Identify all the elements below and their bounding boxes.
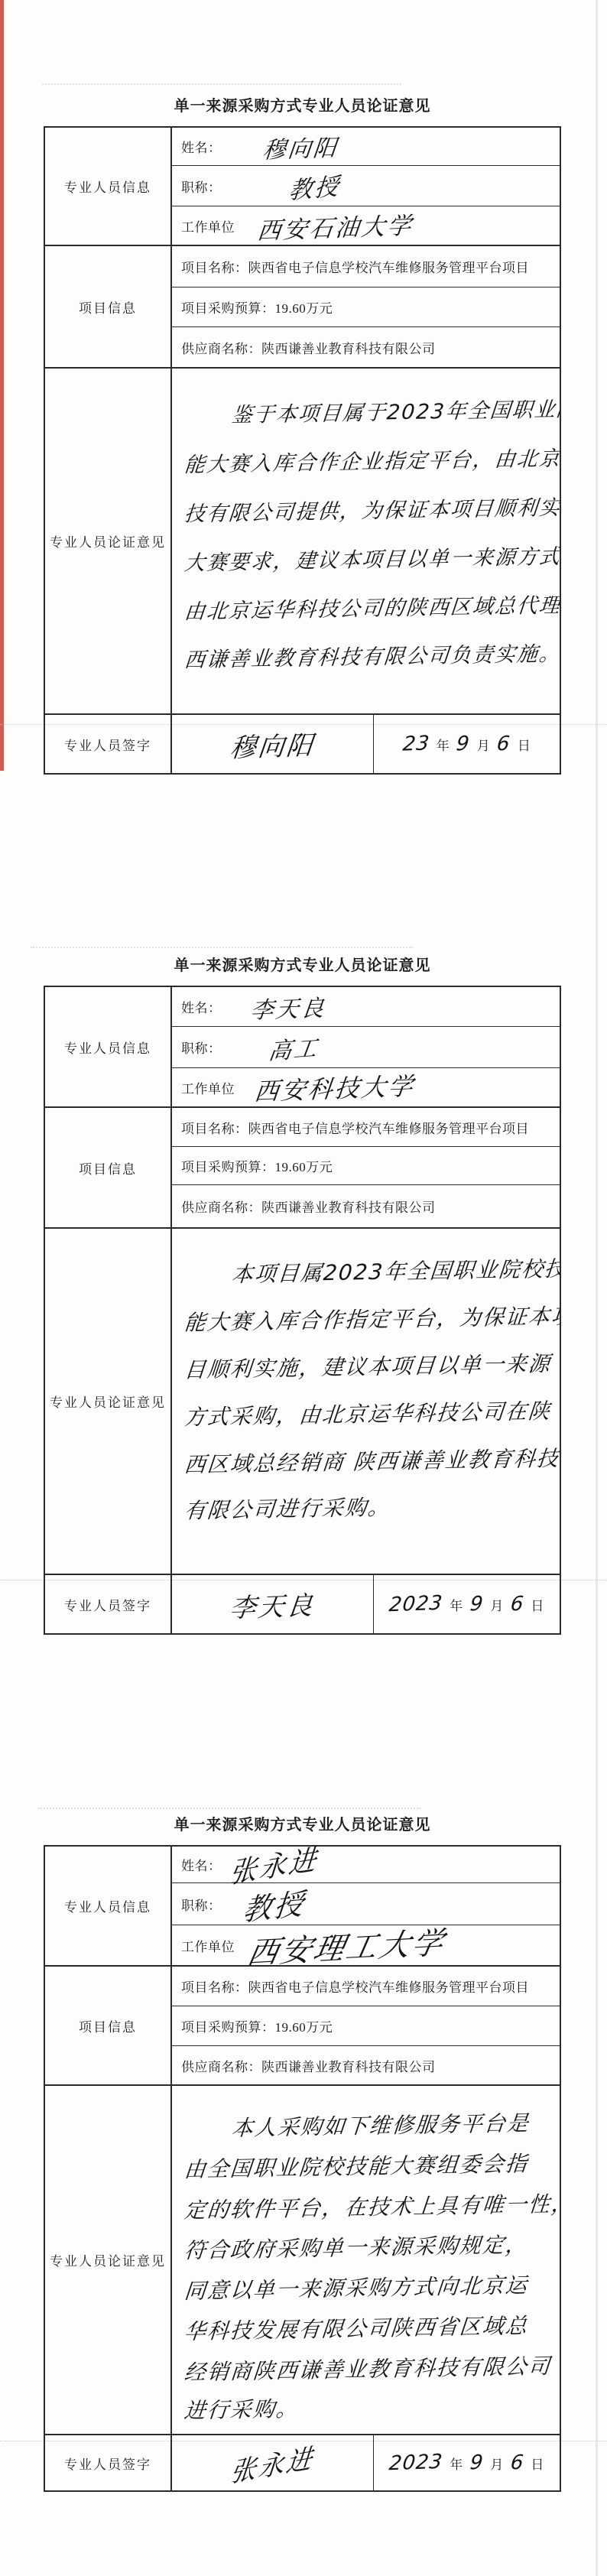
argumentation-form-2: 单一来源采购方式专业人员论证意见 专业人员信息 姓名： 李天良 职称： 高工 工… bbox=[44, 950, 561, 1635]
form-title: 单一来源采购方式专业人员论证意见 bbox=[44, 950, 561, 986]
budget-row: 项目采购预算： 19.60万元 bbox=[172, 287, 560, 327]
opinion-line: 定的软件平台，在技术上具有唯一性， bbox=[183, 2184, 560, 2231]
jobtitle-row: 职称： 高工 bbox=[172, 1027, 560, 1068]
supplier-label: 供应商名称： bbox=[181, 2056, 261, 2075]
unit-label: 工作单位 bbox=[181, 1078, 235, 1097]
scan-artifact-speckle bbox=[31, 947, 413, 948]
opinion-line: 方式采购，由北京运华科技公司在陕 bbox=[182, 1388, 553, 1441]
date-day-unit: 日 bbox=[531, 1595, 544, 1614]
signature-handwriting: 穆向阳 bbox=[228, 723, 316, 764]
jobtitle-label: 职称： bbox=[181, 177, 222, 196]
form-title: 单一来源采购方式专业人员论证意见 bbox=[44, 91, 561, 126]
opinion-line: 目顺利实施，建议本项目以单一来源 bbox=[182, 1340, 553, 1394]
date-year-unit: 年 bbox=[450, 2454, 463, 2473]
date-month-handwriting: 9 bbox=[469, 1593, 485, 1616]
date-month-unit: 月 bbox=[490, 1595, 504, 1614]
unit-label: 工作单位 bbox=[181, 216, 235, 236]
unit-handwriting: 西安石油大学 bbox=[256, 206, 416, 245]
budget-value: 19.60万元 bbox=[275, 1156, 333, 1175]
jobtitle-handwriting: 教授 bbox=[287, 166, 342, 205]
date-day-handwriting: 6 bbox=[509, 1593, 525, 1616]
name-handwriting: 李天良 bbox=[248, 989, 328, 1025]
form-table: 专业人员信息 姓名： 李天良 职称： 高工 工作单位 西安科技大学 项目信息 项… bbox=[44, 986, 561, 1635]
budget-row: 项目采购预算： 19.60万元 bbox=[172, 2006, 560, 2046]
signature-section-label: 专业人员签字 bbox=[45, 1575, 172, 1633]
unit-row: 工作单位 西安理工大学 bbox=[172, 1925, 560, 1967]
opinion-line: 西谦善业教育科技有限公司负责实施。 bbox=[182, 630, 560, 686]
opinion-line: 本人采购如下维修服务平台是 bbox=[183, 2103, 532, 2149]
opinion-line: 同意以单一来源采购方式向北京运 bbox=[183, 2265, 531, 2311]
opinion-line: 鉴于本项目属于2023年全国职业院校技 bbox=[182, 385, 560, 441]
opinion-section-label: 专业人员论证意见 bbox=[45, 2086, 172, 2435]
scan-artifact-edge-shadow bbox=[596, 0, 598, 2576]
project-name-value: 陕西省电子信息学校汽车维修服务管理平台项目 bbox=[248, 257, 530, 276]
date-day-handwriting: 6 bbox=[509, 2451, 525, 2475]
date-month-unit: 月 bbox=[477, 735, 491, 754]
opinion-section-label: 专业人员论证意见 bbox=[45, 369, 172, 715]
supplier-row: 供应商名称： 陕西谦善业教育科技有限公司 bbox=[172, 327, 560, 369]
date-cell: 2023 年 9 月 6 日 bbox=[374, 2435, 560, 2490]
signature-cell: 张永进 bbox=[172, 2435, 374, 2490]
budget-label: 项目采购预算： bbox=[181, 1156, 275, 1175]
supplier-value: 陕西谦善业教育科技有限公司 bbox=[261, 1197, 436, 1216]
date-day-unit: 日 bbox=[531, 2454, 544, 2473]
unit-row: 工作单位 西安科技大学 bbox=[172, 1068, 560, 1108]
supplier-row: 供应商名称： 陕西谦善业教育科技有限公司 bbox=[172, 1185, 560, 1229]
signature-cell: 穆向阳 bbox=[172, 715, 374, 773]
date-year-handwriting: 23 bbox=[401, 732, 430, 755]
personnel-section-label: 专业人员信息 bbox=[45, 128, 172, 246]
budget-row: 项目采购预算： 19.60万元 bbox=[172, 1147, 560, 1185]
signature-row: 张永进 2023 年 9 月 6 日 bbox=[172, 2435, 560, 2490]
signature-cell: 李天良 bbox=[172, 1575, 374, 1633]
project-name-label: 项目名称： bbox=[181, 1977, 248, 1996]
signature-row: 穆向阳 23 年 9 月 6 日 bbox=[172, 715, 560, 773]
personnel-section-label: 专业人员信息 bbox=[45, 987, 172, 1108]
scan-artifact-red-edge bbox=[0, 0, 4, 771]
opinion-line: 符合政府采购单一来源采购规定， bbox=[183, 2224, 531, 2271]
opinion-line: 本项目属2023年全国职业院校技 bbox=[182, 1246, 560, 1300]
opinion-section-label: 专业人员论证意见 bbox=[45, 1229, 172, 1575]
name-label: 姓名： bbox=[181, 997, 222, 1016]
opinion-line: 经销商陕西谦善业教育科技有限公司 bbox=[183, 2346, 553, 2392]
date-month-unit: 月 bbox=[490, 2454, 504, 2473]
opinion-line: 大赛要求，建议本项目以单一来源方式采购，并 bbox=[182, 531, 560, 589]
unit-handwriting: 西安科技大学 bbox=[253, 1067, 417, 1108]
date-year-unit: 年 bbox=[450, 1595, 463, 1614]
project-section-label: 项目信息 bbox=[45, 1967, 172, 2086]
date-year-unit: 年 bbox=[437, 735, 450, 754]
jobtitle-label: 职称： bbox=[181, 1038, 222, 1057]
opinion-line: 技有限公司提供，为保证本项目顺利实施和全国 bbox=[182, 482, 560, 540]
opinion-line: 华科技发展有限公司陕西省区域总 bbox=[183, 2305, 531, 2352]
jobtitle-handwriting: 高工 bbox=[266, 1028, 321, 1066]
jobtitle-row: 职称： 教授 bbox=[172, 166, 560, 206]
name-row: 姓名： 张永进 bbox=[172, 1847, 560, 1883]
argumentation-form-1: 单一来源采购方式专业人员论证意见 专业人员信息 姓名： 穆向阳 职称： 教授 工… bbox=[44, 91, 561, 775]
scan-artifact-speckle bbox=[42, 83, 401, 85]
signature-handwriting: 李天良 bbox=[228, 1584, 316, 1624]
date-year-handwriting: 2023 bbox=[388, 2451, 444, 2476]
date-day-unit: 日 bbox=[518, 735, 531, 754]
budget-value: 19.60万元 bbox=[275, 297, 333, 317]
project-name-row: 项目名称： 陕西省电子信息学校汽车维修服务管理平台项目 bbox=[172, 1108, 560, 1147]
form-table: 专业人员信息 姓名： 穆向阳 职称： 教授 工作单位 西安石油大学 项目信息 项… bbox=[44, 126, 561, 775]
project-name-value: 陕西省电子信息学校汽车维修服务管理平台项目 bbox=[248, 1118, 530, 1137]
supplier-label: 供应商名称： bbox=[181, 338, 261, 357]
project-section-label: 项目信息 bbox=[45, 1108, 172, 1229]
jobtitle-row: 职称： 教授 bbox=[172, 1883, 560, 1925]
supplier-value: 陕西谦善业教育科技有限公司 bbox=[261, 338, 436, 357]
project-section-label: 项目信息 bbox=[45, 246, 172, 369]
scanned-document-page: { "document": { "forms": [ { "title": "单… bbox=[0, 0, 607, 2576]
signature-row: 李天良 2023 年 9 月 6 日 bbox=[172, 1575, 560, 1633]
name-row: 姓名： 穆向阳 bbox=[172, 128, 560, 166]
budget-value: 19.60万元 bbox=[275, 2016, 333, 2035]
unit-label: 工作单位 bbox=[181, 1936, 235, 1955]
date-month-handwriting: 9 bbox=[469, 2451, 485, 2475]
unit-handwriting: 西安理工大学 bbox=[245, 1918, 450, 1972]
opinion-line: 西区域总经销商 陕西谦善业教育科技 bbox=[182, 1435, 560, 1489]
jobtitle-handwriting: 教授 bbox=[241, 1879, 307, 1928]
opinion-line: 由北京运华科技公司的陕西区域总代理商—陕 bbox=[182, 580, 560, 637]
date-cell: 23 年 9 月 6 日 bbox=[374, 715, 560, 773]
opinion-handwritten-text: 本人采购如下维修服务平台是由全国职业院校技能大赛组委会指定的软件平台，在技术上具… bbox=[172, 2086, 560, 2435]
project-name-value: 陕西省电子信息学校汽车维修服务管理平台项目 bbox=[248, 1977, 530, 1996]
form-table: 专业人员信息 姓名： 张永进 职称： 教授 工作单位 西安理工大学 项目信息 项… bbox=[44, 1845, 561, 2492]
supplier-row: 供应商名称： 陕西谦善业教育科技有限公司 bbox=[172, 2046, 560, 2086]
personnel-section-label: 专业人员信息 bbox=[45, 1847, 172, 1967]
date-month-handwriting: 9 bbox=[456, 733, 472, 756]
opinion-line: 进行采购。 bbox=[183, 2389, 301, 2431]
supplier-value: 陕西谦善业教育科技有限公司 bbox=[261, 2056, 436, 2075]
name-label: 姓名： bbox=[181, 1855, 222, 1874]
signature-section-label: 专业人员签字 bbox=[45, 715, 172, 773]
opinion-line: 能大赛入库合作企业指定平台，由北京运华科 bbox=[182, 434, 560, 490]
name-handwriting: 穆向阳 bbox=[261, 128, 340, 165]
date-cell: 2023 年 9 月 6 日 bbox=[374, 1575, 560, 1633]
signature-handwriting: 张永进 bbox=[229, 2436, 316, 2490]
date-day-handwriting: 6 bbox=[496, 733, 512, 756]
opinion-handwritten-text: 鉴于本项目属于2023年全国职业院校技能大赛入库合作企业指定平台，由北京运华科技… bbox=[172, 369, 560, 715]
scan-artifact-speckle bbox=[38, 1808, 420, 1809]
project-name-row: 项目名称： 陕西省电子信息学校汽车维修服务管理平台项目 bbox=[172, 246, 560, 287]
opinion-line: 能大赛入库合作指定平台，为保证本项 bbox=[182, 1292, 560, 1346]
date-year-handwriting: 2023 bbox=[388, 1592, 444, 1617]
opinion-line: 由全国职业院校技能大赛组委会指 bbox=[183, 2143, 531, 2190]
name-row: 姓名： 李天良 bbox=[172, 987, 560, 1027]
unit-row: 工作单位 西安石油大学 bbox=[172, 206, 560, 246]
budget-label: 项目采购预算： bbox=[181, 2016, 275, 2035]
opinion-handwritten-text: 本项目属2023年全国职业院校技能大赛入库合作指定平台，为保证本项目顺利实施，建… bbox=[172, 1229, 560, 1575]
project-name-label: 项目名称： bbox=[181, 257, 248, 276]
signature-section-label: 专业人员签字 bbox=[45, 2435, 172, 2490]
argumentation-form-3: 单一来源采购方式专业人员论证意见 专业人员信息 姓名： 张永进 职称： 教授 工… bbox=[44, 1810, 561, 2492]
project-name-label: 项目名称： bbox=[181, 1118, 248, 1137]
budget-label: 项目采购预算： bbox=[181, 297, 275, 317]
opinion-line: 有限公司进行采购。 bbox=[182, 1484, 392, 1535]
supplier-label: 供应商名称： bbox=[181, 1197, 261, 1216]
project-name-row: 项目名称： 陕西省电子信息学校汽车维修服务管理平台项目 bbox=[172, 1967, 560, 2006]
name-label: 姓名： bbox=[181, 137, 222, 156]
jobtitle-label: 职称： bbox=[181, 1895, 222, 1914]
